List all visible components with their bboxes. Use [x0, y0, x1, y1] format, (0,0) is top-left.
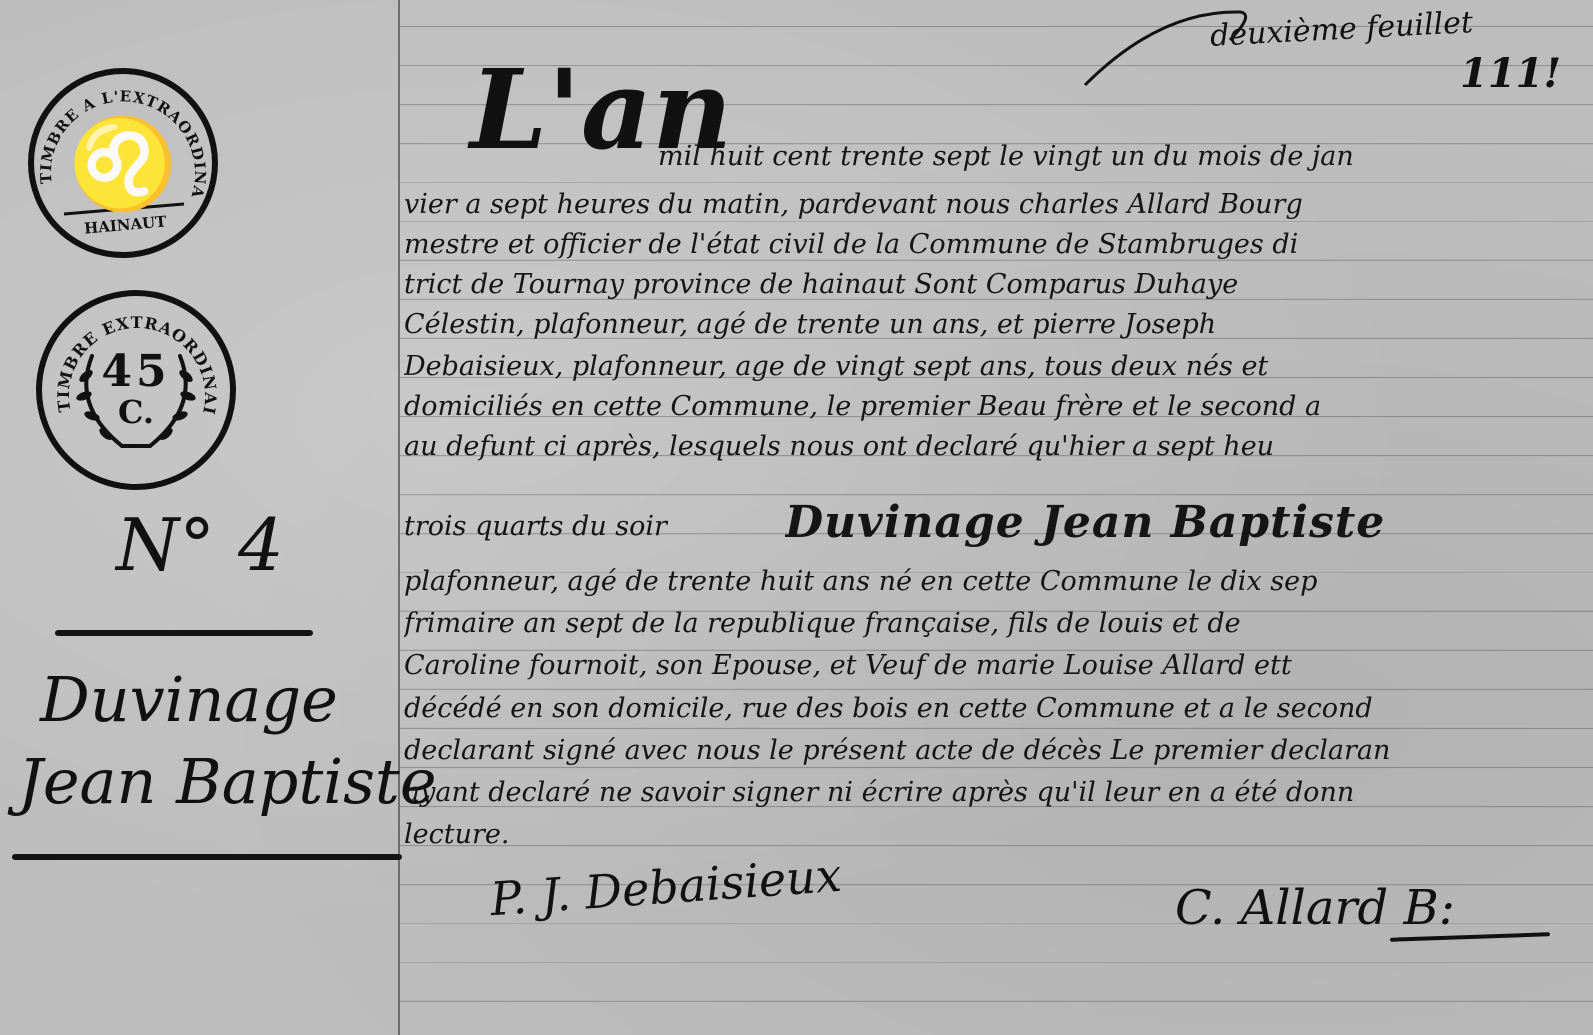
divider [12, 854, 402, 860]
text-line: vier a sept heures du matin, pardevant n… [404, 188, 1593, 222]
text-line: plafonneur, agé de trente huit ans né en… [404, 565, 1593, 599]
text-line: trict de Tournay province de hainaut Son… [404, 268, 1593, 302]
text-line: mil huit cent trente sept le vingt un du… [658, 140, 1593, 174]
folio-number: 111! [1460, 50, 1561, 97]
text-line: décédé en son domicile, rue des bois en … [404, 692, 1593, 726]
stamp-value: 45 [101, 350, 170, 394]
tax-stamp-hainaut: TIMBRE A L'EXTRAORDINAIRE ♌ HAINAUT [28, 68, 218, 258]
text-line: Célestin, plafonneur, agé de trente un a… [404, 308, 1593, 342]
deceased-name: Duvinage Jean Baptiste [785, 495, 1585, 551]
text-line: au defunt ci après, lesquels nous ont de… [404, 430, 1593, 464]
document-page: TIMBRE A L'EXTRAORDINAIRE ♌ HAINAUT TIMB… [0, 0, 1593, 1035]
tax-stamp-45c: TIMBRE EXTRAORDINAIRE [36, 290, 236, 490]
text-line: ayant declaré ne savoir signer ni écrire… [404, 776, 1593, 810]
text-line: domiciliés en cette Commune, le premier … [404, 390, 1593, 424]
text-line: lecture. [404, 818, 604, 852]
text-line: declarant signé avec nous le présent act… [404, 734, 1593, 768]
lion-rampant-icon: ♌ [68, 119, 178, 207]
text-line: Debaisieux, plafonneur, age de vingt sep… [404, 350, 1593, 384]
margin-surname: Duvinage [40, 668, 425, 732]
text-line: trois quarts du soir [404, 510, 784, 544]
entry-number: N° 4 [100, 505, 300, 585]
text-line: Caroline fournoit, son Epouse, et Veuf d… [404, 649, 1593, 683]
stamp-unit: C. [101, 394, 170, 430]
margin-given-names: Jean Baptiste [18, 750, 403, 814]
officer-signature: C. Allard B: [1175, 880, 1455, 936]
text-line: frimaire an sept de la republique frança… [404, 607, 1593, 641]
text-line: mestre et officier de l'état civil de la… [404, 228, 1593, 262]
margin-rule [398, 0, 400, 1035]
divider [55, 630, 313, 636]
margin-column: TIMBRE A L'EXTRAORDINAIRE ♌ HAINAUT TIMB… [0, 0, 398, 1035]
